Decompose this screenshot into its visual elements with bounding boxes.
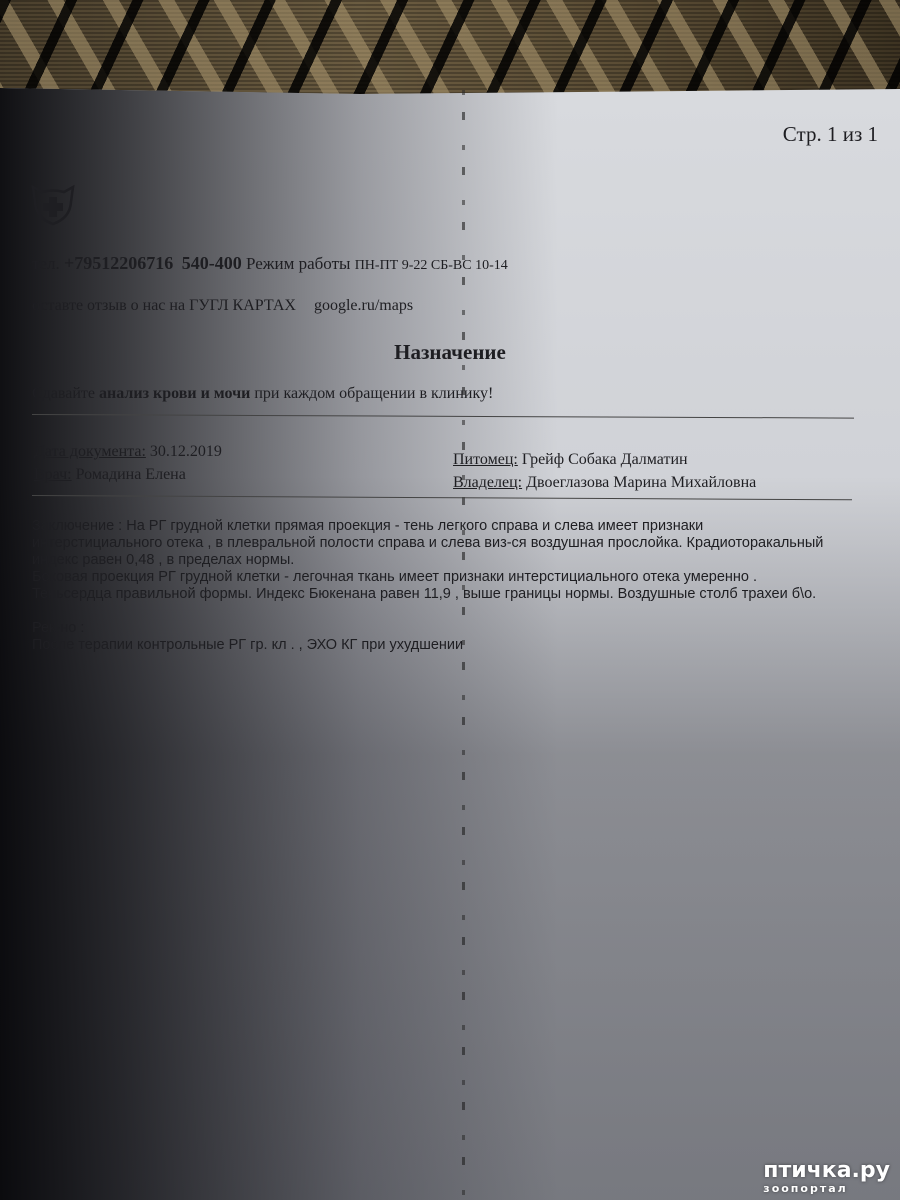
phone-short: 540-400	[182, 253, 242, 273]
conclusion-line: интерстициального отека , в плевральной …	[32, 535, 872, 552]
site-watermark: птичка.ру зоопортал	[763, 1160, 890, 1195]
field-pet: Питомец: Грейф Собака Далматин	[453, 451, 688, 469]
watermark-main: птичка.ру	[763, 1160, 890, 1182]
conclusion-block: Заключение : На РГ грудной клетки прямая…	[32, 518, 872, 654]
hours-label: Режим работы	[246, 254, 350, 273]
document: Стр. 1 из 1 тел. +79512206716 540-400 Ре…	[0, 0, 900, 1200]
doctor-value: Ромадина Елена	[72, 466, 186, 483]
review-url: google.ru/maps	[314, 297, 413, 314]
page-indicator: Стр. 1 из 1	[783, 122, 878, 147]
review-line: оставте отзыв о нас на ГУГЛ КАРТАХ googl…	[32, 297, 413, 315]
recommendation-text: После терапии контрольные РГ гр. кл . , …	[32, 637, 872, 654]
cat-head-medical-cross-icon	[28, 182, 78, 228]
notice-prefix: Сдавайте	[32, 385, 99, 402]
conclusion-line: Теньсердца правильной формы. Индекс Бюке…	[32, 586, 872, 603]
field-doctor: Врач: Ромадина Елена	[34, 466, 186, 484]
pet-value: Грейф Собака Далматин	[518, 451, 688, 468]
date-label: Дата документа:	[34, 443, 146, 460]
field-owner: Владелец: Двоеглазова Марина Михайловна	[453, 474, 756, 492]
tel-label: тел.	[32, 254, 60, 273]
pet-label: Питомец:	[453, 451, 518, 468]
notice-line: Сдавайте анализ крови и мочи при каждом …	[32, 385, 493, 403]
hours-value: ПН-ПТ 9-22 СБ-ВС 10-14	[355, 258, 508, 273]
conclusion-line: Заключение : На РГ грудной клетки прямая…	[32, 518, 872, 535]
conclusion-line: индекс равен 0,48 , в пределах нормы.	[32, 552, 872, 569]
document-title: Назначение	[0, 340, 900, 365]
divider-top	[32, 414, 854, 419]
date-value: 30.12.2019	[146, 443, 222, 460]
phone-main: +79512206716	[64, 253, 173, 273]
field-date: Дата документа: 30.12.2019	[34, 443, 222, 461]
review-text: оставте отзыв о нас на ГУГЛ КАРТАХ	[32, 297, 296, 314]
spacer	[32, 603, 872, 620]
doctor-label: Врач:	[34, 466, 72, 483]
notice-bold: анализ крови и мочи	[99, 385, 250, 402]
recommendation-label: Рек-но :	[32, 620, 872, 637]
divider-bottom	[32, 495, 852, 500]
conclusion-line: Боковая проекция РГ грудной клетки - лег…	[32, 569, 872, 586]
owner-value: Двоеглазова Марина Михайловна	[522, 474, 756, 491]
contacts-line: тел. +79512206716 540-400 Режим работы П…	[32, 253, 508, 274]
notice-suffix: при каждом обращении в клинику!	[250, 385, 493, 402]
watermark-sub: зоопортал	[763, 1182, 890, 1195]
owner-label: Владелец:	[453, 474, 522, 491]
